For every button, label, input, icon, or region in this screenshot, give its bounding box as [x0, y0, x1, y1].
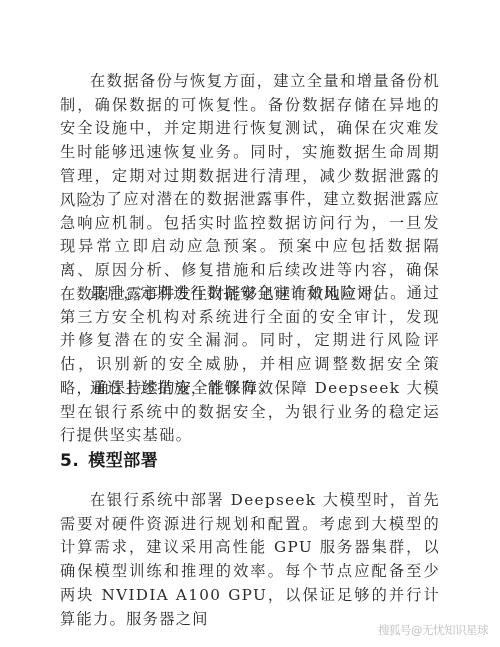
watermark: 搜狐号@无忧知识星球 [378, 622, 488, 638]
document-page: 在数据备份与恢复方面，建立全量和增量备份机制，确保数据的可恢复性。备份数据存储在… [0, 0, 500, 647]
section-heading: 5.模型部署 [60, 446, 158, 471]
paragraph-summary: 通过上述措施，能够有效保障 Deepseek 大模型在银行系统中的数据安全，为银… [60, 377, 440, 448]
paragraph-deployment: 在银行系统中部署 Deepseek 大模型时，首先需要对硬件资源进行规划和配置。… [60, 489, 440, 631]
section-number: 5. [60, 451, 79, 471]
section-title: 模型部署 [88, 451, 158, 471]
